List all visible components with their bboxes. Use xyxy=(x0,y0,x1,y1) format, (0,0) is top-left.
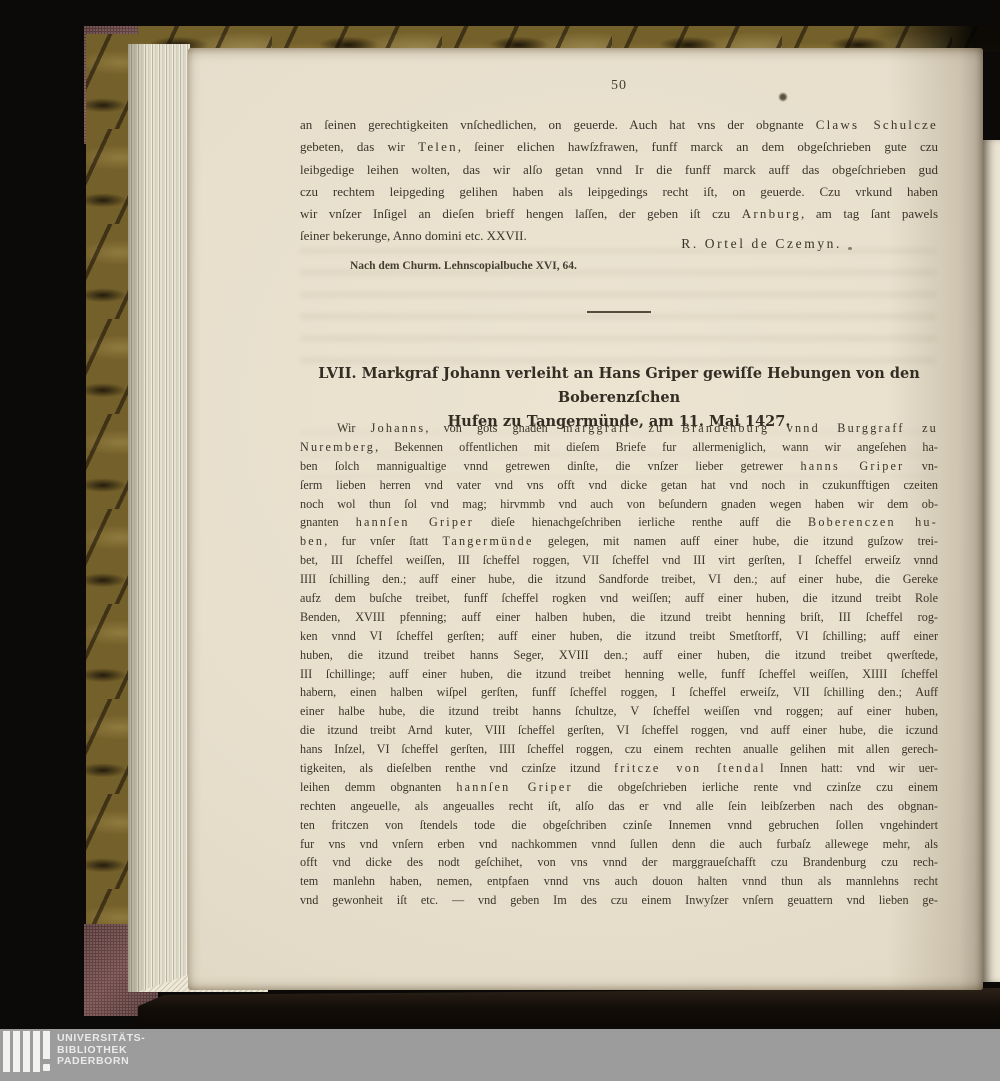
library-name-line1: UNIVERSITÄTS- xyxy=(57,1033,145,1045)
text-segment: ten fritczen von ſtendels tode die obgeſ… xyxy=(300,818,938,832)
text-segment: vnd gewonheit iſt etc. — vnd geben Im de… xyxy=(300,893,938,907)
text-segment: tigkeiten, als dieſelben renthe vnd czin… xyxy=(300,761,614,775)
text-segment: hans Inſzel, VI ſcheffel gerſten, IIII ſ… xyxy=(300,742,938,756)
text-line: rechten angeuelle, als angeualles recht … xyxy=(300,797,938,816)
logo-dot xyxy=(43,1064,50,1071)
text-line: czu rechtem leipgeding gelihen haben als… xyxy=(300,181,938,203)
letterspaced-text: Johanns xyxy=(371,421,426,435)
text-segment: bet, III ſcheffel weiſſen, III ſcheffel … xyxy=(300,553,938,567)
text-segment: leibgedige leihen wolten, das wir alſo g… xyxy=(300,162,938,177)
text-segment: , am tag ſant pawels xyxy=(801,206,938,221)
text-line: die itzund treibt Arnd kuter, VIII ſchef… xyxy=(300,721,938,740)
text-segment: ſerm lieben herren vnd vater vnd vns off… xyxy=(300,478,938,492)
text-segment: habern, einen halben wiſpel gerſten, fun… xyxy=(300,685,938,699)
scanned-page: 50 an ſeinen gerechtigkeiten vnſchedlich… xyxy=(188,48,983,990)
text-line: III ſchillinge; auff einer huben, die it… xyxy=(300,665,938,684)
letterspaced-text: marggraff zu Brandenburg vnnd Burggraff … xyxy=(563,421,938,435)
text-line: Wir Johanns, von gots gnaden marggraff z… xyxy=(300,419,938,438)
text-line: leibgedige leihen wolten, das wir alſo g… xyxy=(300,159,938,181)
letterspaced-text: ben xyxy=(300,534,324,548)
library-name: UNIVERSITÄTS- BIBLIOTHEK PADERBORN xyxy=(57,1033,145,1068)
text-segment: czu rechtem leipgeding gelihen haben als… xyxy=(300,184,938,199)
logo-exclamation-bar xyxy=(43,1031,50,1071)
text-line: gnanten hannſen Griper dieſe hienachgeſc… xyxy=(300,513,938,532)
text-line: wir vnſzer Inſigel an dieſen brieff heng… xyxy=(300,203,938,225)
text-line: IIII ſchilling den.; auff einer hube, di… xyxy=(300,570,938,589)
text-segment: offt vnd dicke des nodt geſchihet, von v… xyxy=(300,855,938,869)
letterspaced-text: hannſen Griper xyxy=(456,780,572,794)
text-line: ben ſolch mannigualtige vnnd getrewen di… xyxy=(300,457,938,476)
book-bottom-edge xyxy=(138,988,1000,1026)
text-line: habern, einen halben wiſpel gerſten, fun… xyxy=(300,683,938,702)
text-line: hans Inſzel, VI ſcheffel gerſten, IIII ſ… xyxy=(300,740,938,759)
logo-bar xyxy=(43,1031,50,1059)
text-segment: vn- xyxy=(904,459,938,473)
text-segment: an ſeinen gerechtigkeiten vnſchedlichen,… xyxy=(300,117,816,132)
text-segment: rechten angeuelle, als angeualles recht … xyxy=(300,799,938,813)
text-line: vnd gewonheit iſt etc. — vnd geben Im de… xyxy=(300,891,938,910)
text-line: Nuremberg, Bekennen offentlichen mit die… xyxy=(300,438,938,457)
signature-line: R. Ortel de Czemyn. xyxy=(681,236,842,252)
text-segment: tem manlehn haben, nemen, entpfaen vnnd … xyxy=(300,874,938,888)
text-line: ben, fur vnſer ſtatt Tangermünde gelegen… xyxy=(300,532,938,551)
text-segment: ken vnnd VI ſcheffel gerſten; auff einer… xyxy=(300,629,938,643)
text-segment: III ſchillinge; auff einer huben, die it… xyxy=(300,667,938,681)
text-segment: , Bekennen offentlichen mit dieſem Brief… xyxy=(375,440,938,454)
text-segment: einer halbe hube, die itzund treibt hann… xyxy=(300,704,938,718)
text-segment: gelegen, mit namen auff einer hube, die … xyxy=(534,534,938,548)
ink-smudge xyxy=(778,92,788,102)
page-number: 50 xyxy=(300,78,938,94)
text-segment: Wir xyxy=(337,421,371,435)
text-segment: IIII ſchilling den.; auff einer hube, di… xyxy=(300,572,938,586)
text-segment: Innen hatt: vnd wir uer- xyxy=(766,761,938,775)
text-line: leihen demm obgnanten hannſen Griper die… xyxy=(300,778,938,797)
text-line: gebeten, das wir Telen, ſeiner elichen h… xyxy=(300,136,938,158)
text-segment: noch wol thun ſol vnd mag; hirvmmb vnd a… xyxy=(300,497,938,511)
logo-bar xyxy=(33,1031,40,1072)
letterspaced-text: Claws Schulcze xyxy=(816,117,938,132)
text-segment: ben ſolch mannigualtige vnnd getrewen di… xyxy=(300,459,800,473)
letterspaced-text: fritcze von ſtendal xyxy=(614,761,766,775)
printed-text-column: 50 an ſeinen gerechtigkeiten vnſchedlich… xyxy=(300,48,938,990)
text-line: an ſeinen gerechtigkeiten vnſchedlichen,… xyxy=(300,114,938,136)
text-segment: wir vnſzer Inſigel an dieſen brieff heng… xyxy=(300,206,742,221)
letterspaced-text: Tangermünde xyxy=(443,534,534,548)
letterspaced-text: Nuremberg xyxy=(300,440,375,454)
letterspaced-text: Boberenczen hu- xyxy=(808,515,938,529)
text-segment: aufz dem buſche treibet, funff ſcheffel … xyxy=(300,591,938,605)
book-scan-viewport: 50 an ſeinen gerechtigkeiten vnſchedlich… xyxy=(0,0,1000,1081)
ink-speck xyxy=(848,247,852,250)
logo-bar xyxy=(3,1031,10,1072)
text-segment: Benden, XVIII pfenning; auff einer halbe… xyxy=(300,610,938,624)
text-line: ten fritczen von ſtendels tode die obgeſ… xyxy=(300,816,938,835)
text-segment: dieſe hienachgeſchriben ierliche renthe … xyxy=(474,515,808,529)
section-divider-rule xyxy=(587,311,651,313)
text-segment: die itzund treibt Arnd kuter, VIII ſchef… xyxy=(300,723,938,737)
text-segment: , von gots gnaden xyxy=(425,421,563,435)
text-line: einer halbe hube, die itzund treibt hann… xyxy=(300,702,938,721)
letterspaced-text: hannſen Griper xyxy=(356,515,474,529)
logo-bar xyxy=(13,1031,20,1072)
text-line: ken vnnd VI ſcheffel gerſten; auff einer… xyxy=(300,627,938,646)
text-line: aufz dem buſche treibet, funff ſcheffel … xyxy=(300,589,938,608)
text-segment: leihen demm obgnanten xyxy=(300,780,456,794)
source-note: Nach dem Churm. Lehnscopialbuche XVI, 64… xyxy=(350,260,577,272)
section-heading-line1: LVII. Markgraf Johann verleiht an Hans G… xyxy=(300,362,938,410)
text-segment: die obgeſchrieben ierliche rente vnd czi… xyxy=(573,780,938,794)
text-line: huben, die itzund treibet hanns Seger, X… xyxy=(300,646,938,665)
library-logo-bars-icon xyxy=(3,1031,50,1072)
text-segment: , fur vnſer ſtatt xyxy=(324,534,442,548)
library-watermark-banner: UNIVERSITÄTS- BIBLIOTHEK PADERBORN xyxy=(0,1029,1000,1081)
text-line: noch wol thun ſol vnd mag; hirvmmb vnd a… xyxy=(300,495,938,514)
text-segment: huben, die itzund treibet hanns Seger, X… xyxy=(300,648,938,662)
text-segment: ſeiner bekerunge, Anno domini etc. XXVII… xyxy=(300,228,527,243)
text-line: bet, III ſcheffel weiſſen, III ſcheffel … xyxy=(300,551,938,570)
text-segment: gebeten, das wir xyxy=(300,139,418,154)
text-line: offt vnd dicke des nodt geſchihet, von v… xyxy=(300,853,938,872)
text-segment: fur vns vnd vnſern erben vnd nachkommen … xyxy=(300,837,938,851)
page-stack-fore-edge xyxy=(128,44,190,992)
text-segment: , ſeiner elichen hawſzfrawen, funff marc… xyxy=(458,139,938,154)
charter-body-paragraph: Wir Johanns, von gots gnaden marggraff z… xyxy=(300,419,938,910)
letterspaced-text: Arnburg xyxy=(742,206,801,221)
text-line: Benden, XVIII pfenning; auff einer halbe… xyxy=(300,608,938,627)
library-name-line3: PADERBORN xyxy=(57,1056,145,1068)
text-line: ſeiner bekerunge, Anno domini etc. XXVII… xyxy=(300,225,938,247)
text-segment: gnanten xyxy=(300,515,356,529)
text-line: ſerm lieben herren vnd vater vnd vns off… xyxy=(300,476,938,495)
letterspaced-text: Telen xyxy=(418,139,458,154)
letterspaced-text: hanns Griper xyxy=(800,459,904,473)
text-line: tem manlehn haben, nemen, entpfaen vnnd … xyxy=(300,872,938,891)
next-page-sliver xyxy=(983,140,1000,982)
text-line: tigkeiten, als dieſelben renthe vnd czin… xyxy=(300,759,938,778)
logo-bar xyxy=(23,1031,30,1072)
text-line: fur vns vnd vnſern erben vnd nachkommen … xyxy=(300,835,938,854)
closing-paragraph: an ſeinen gerechtigkeiten vnſchedlichen,… xyxy=(300,114,938,248)
